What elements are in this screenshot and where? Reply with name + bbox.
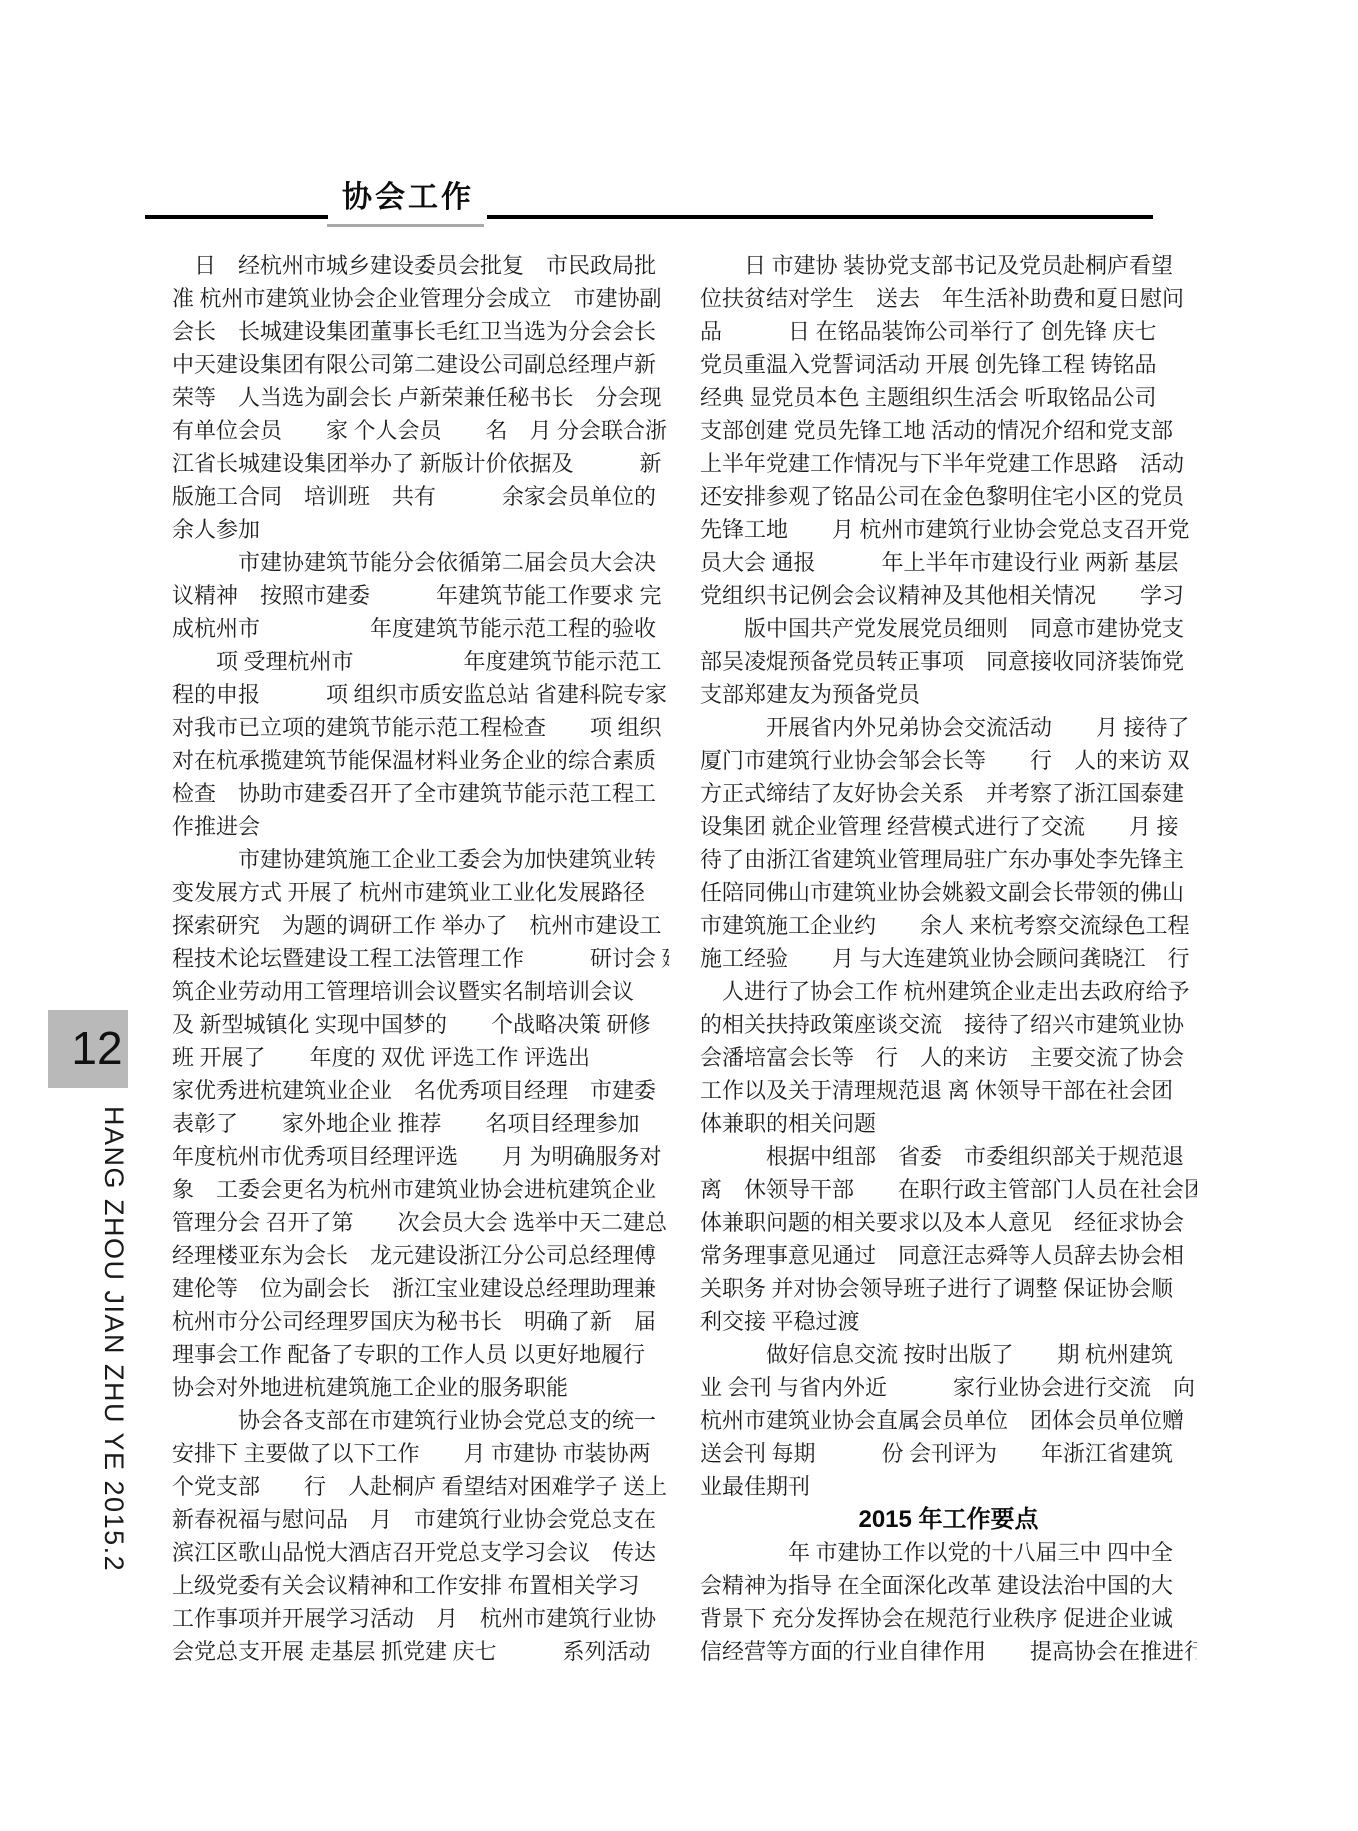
text-line: 程技术论坛暨建设工程工法管理工作 研讨会 建 [172, 942, 669, 975]
text-line: 安排下 主要做了以下工作 月 市建协 市装协两 [172, 1437, 669, 1470]
text-line: 家优秀进杭建筑业企业 名优秀项目经理 市建委 [172, 1074, 669, 1107]
text-line: 背景下 充分发挥协会在规范行业秩序 促进企业诚 [700, 1602, 1197, 1635]
text-line: 党员重温入党誓词活动 开展 创先锋工程 铸铭品 [700, 348, 1197, 381]
text-line: 荣等 人当选为副会长 卢新荣兼任秘书长 分会现 [172, 381, 669, 414]
text-line: 上半年党建工作情况与下半年党建工作思路 活动 [700, 447, 1197, 480]
text-line: 滨江区歌山品悦大酒店召开党总支学习会议 传达 [172, 1536, 669, 1569]
page-number: 12 [53, 1010, 122, 1074]
text-line: 方正式缔结了友好协会关系 并考察了浙江国泰建 [700, 777, 1197, 810]
section-heading-2015-work-points: 2015 年工作要点 [700, 1503, 1197, 1536]
text-line: 常务理事意见通过 同意汪志舜等人员辞去协会相 [700, 1239, 1197, 1272]
text-line: 年 市建协工作以党的十八届三中 四中全 [700, 1536, 1197, 1569]
text-line: 会精神为指导 在全面深化改革 建设法治中国的大 [700, 1569, 1197, 1602]
text-line: 议精神 按照市建委 年建筑节能工作要求 完 [172, 579, 669, 612]
text-line: 离 休领导干部 在职行政主管部门人员在社会团 [700, 1173, 1197, 1206]
text-line: 会党总支开展 走基层 抓党建 庆七 系列活动 [172, 1635, 669, 1668]
text-line: 个党支部 行 人赴桐庐 看望结对困难学子 送上 [172, 1470, 669, 1503]
text-line: 成杭州市 年度建筑节能示范工程的验收 [172, 612, 669, 645]
text-line: 程的申报 项 组织市质安监总站 省建科院专家 [172, 678, 669, 711]
text-line: 表彰了 家外地企业 推荐 名项目经理参加 [172, 1107, 669, 1140]
text-line: 日 经杭州市城乡建设委员会批复 市民政局批 [172, 249, 669, 282]
text-line: 经典 显党员本色 主题组织生活会 听取铭品公司 [700, 381, 1197, 414]
text-line: 上级党委有关会议精神和工作安排 布置相关学习 [172, 1569, 669, 1602]
text-line: 准 杭州市建筑业协会企业管理分会成立 市建协副 [172, 282, 669, 315]
header-rule-right [487, 215, 1153, 219]
text-line: 中天建设集团有限公司第二建设公司副总经理卢新 [172, 348, 669, 381]
text-line: 会长 长城建设集团董事长毛红卫当选为分会会长 [172, 315, 669, 348]
text-line: 工作以及关于清理规范退 离 休领导干部在社会团 [700, 1074, 1197, 1107]
text-line: 市建协建筑施工企业工委会为加快建筑业转 [172, 843, 669, 876]
text-line: 探索研究 为题的调研工作 举办了 杭州市建设工 [172, 909, 669, 942]
text-line: 筑企业劳动用工管理培训会议暨实名制培训会议 [172, 975, 669, 1008]
text-line: 根据中组部 省委 市委组织部关于规范退 [700, 1140, 1197, 1173]
text-line: 先锋工地 月 杭州市建筑行业协会党总支召开党 [700, 513, 1197, 546]
journal-page: 协会工作 日 经杭州市城乡建设委员会批复 市民政局批准 杭州市建筑业协会企业管理… [0, 0, 1358, 1831]
text-line: 关职务 并对协会领导班子进行了调整 保证协会顺 [700, 1272, 1197, 1305]
text-line: 杭州市建筑业协会直属会员单位 团体会员单位赠 [700, 1404, 1197, 1437]
text-line: 项 受理杭州市 年度建筑节能示范工 [172, 645, 669, 678]
text-line: 体兼职问题的相关要求以及本人意见 经征求协会 [700, 1206, 1197, 1239]
text-line: 检查 协助市建委召开了全市建筑节能示范工程工 [172, 777, 669, 810]
text-line: 对我市已立项的建筑节能示范工程检查 项 组织 [172, 711, 669, 744]
text-line: 余人参加 [172, 513, 669, 546]
text-line: 江省长城建设集团举办了 新版计价依据及 新 [172, 447, 669, 480]
text-line: 人进行了协会工作 杭州建筑企业走出去政府给予 [700, 975, 1197, 1008]
text-line: 员大会 通报 年上半年市建设行业 两新 基层 [700, 546, 1197, 579]
text-line: 厦门市建筑行业协会邹会长等 行 人的来访 双 [700, 744, 1197, 777]
text-line: 变发展方式 开展了 杭州市建筑业工业化发展路径 [172, 876, 669, 909]
text-line: 任陪同佛山市建筑业协会姚毅文副会长带领的佛山 [700, 876, 1197, 909]
text-line: 版施工合同 培训班 共有 余家会员单位的 [172, 480, 669, 513]
text-line: 党组织书记例会会议精神及其他相关情况 学习 [700, 579, 1197, 612]
text-line: 的相关扶持政策座谈交流 接待了绍兴市建筑业协 [700, 1008, 1197, 1041]
text-line: 对在杭承揽建筑节能保温材料业务企业的综合素质 [172, 744, 669, 777]
text-line: 还安排参观了铭品公司在金色黎明住宅小区的党员 [700, 480, 1197, 513]
right-column: 日 市建协 装协党支部书记及党员赴桐庐看望位扶贫结对学生 送去 年生活补助费和夏… [700, 249, 1197, 1668]
text-line: 协会各支部在市建筑行业协会党总支的统一 [172, 1404, 669, 1437]
text-line: 支部郑建友为预备党员 [700, 678, 1197, 711]
text-line: 设集团 就企业管理 经营模式进行了交流 月 接 [700, 810, 1197, 843]
text-line: 部吴凌焜预备党员转正事项 同意接收同济装饰党 [700, 645, 1197, 678]
text-line: 及 新型城镇化 实现中国梦的 个战略决策 研修 [172, 1008, 669, 1041]
text-line: 管理分会 召开了第 次会员大会 选举中天二建总 [172, 1206, 669, 1239]
text-line: 新春祝福与慰问品 月 市建筑行业协会党总支在 [172, 1503, 669, 1536]
text-line: 利交接 平稳过渡 [700, 1305, 1197, 1338]
journal-spine-text: HANG ZHOU JIAN ZHU YE 2015.2 [98, 1106, 129, 1572]
page-section-title: 协会工作 [330, 178, 486, 218]
text-line: 建伦等 位为副会长 浙江宝业建设总经理助理兼 [172, 1272, 669, 1305]
text-line: 日 市建协 装协党支部书记及党员赴桐庐看望 [700, 249, 1197, 282]
text-line: 支部创建 党员先锋工地 活动的情况介绍和党支部 [700, 414, 1197, 447]
text-line: 协会对外地进杭建筑施工企业的服务职能 [172, 1371, 669, 1404]
title-underline [327, 224, 484, 227]
page-number-box: 12 [48, 1010, 128, 1088]
text-line: 市建筑施工企业约 余人 来杭考察交流绿色工程 [700, 909, 1197, 942]
text-line: 做好信息交流 按时出版了 期 杭州建筑 [700, 1338, 1197, 1371]
right-column-lines-top: 日 市建协 装协党支部书记及党员赴桐庐看望位扶贫结对学生 送去 年生活补助费和夏… [700, 249, 1197, 1503]
text-line: 送会刊 每期 份 会刊评为 年浙江省建筑 [700, 1437, 1197, 1470]
text-line: 开展省内外兄弟协会交流活动 月 接待了 [700, 711, 1197, 744]
header-rule-left [145, 215, 328, 219]
text-line: 杭州市分公司经理罗国庆为秘书长 明确了新 届 [172, 1305, 669, 1338]
text-line: 作推进会 [172, 810, 669, 843]
text-line: 体兼职的相关问题 [700, 1107, 1197, 1140]
text-line: 班 开展了 年度的 双优 评选工作 评选出 [172, 1041, 669, 1074]
text-line: 年度杭州市优秀项目经理评选 月 为明确服务对 [172, 1140, 669, 1173]
text-line: 信经营等方面的行业自律作用 提高协会在推进行 [700, 1635, 1197, 1668]
left-column: 日 经杭州市城乡建设委员会批复 市民政局批准 杭州市建筑业协会企业管理分会成立 … [172, 249, 669, 1668]
text-line: 待了由浙江省建筑业管理局驻广东办事处李先锋主 [700, 843, 1197, 876]
left-column-lines: 日 经杭州市城乡建设委员会批复 市民政局批准 杭州市建筑业协会企业管理分会成立 … [172, 249, 669, 1668]
text-line: 市建协建筑节能分会依循第二届会员大会决 [172, 546, 669, 579]
text-line: 工作事项并开展学习活动 月 杭州市建筑行业协 [172, 1602, 669, 1635]
text-line: 业最佳期刊 [700, 1470, 1197, 1503]
text-line: 经理楼亚东为会长 龙元建设浙江分公司总经理傅 [172, 1239, 669, 1272]
text-line: 品 日 在铭品装饰公司举行了 创先锋 庆七 [700, 315, 1197, 348]
text-line: 位扶贫结对学生 送去 年生活补助费和夏日慰问 [700, 282, 1197, 315]
text-line: 象 工委会更名为杭州市建筑业协会进杭建筑企业 [172, 1173, 669, 1206]
text-line: 有单位会员 家 个人会员 名 月 分会联合浙 [172, 414, 669, 447]
text-line: 版中国共产党发展党员细则 同意市建协党支 [700, 612, 1197, 645]
right-column-lines-bottom: 年 市建协工作以党的十八届三中 四中全会精神为指导 在全面深化改革 建设法治中国… [700, 1536, 1197, 1668]
text-line: 会潘培富会长等 行 人的来访 主要交流了协会 [700, 1041, 1197, 1074]
text-line: 施工经验 月 与大连建筑业协会顾问龚晓江 行 [700, 942, 1197, 975]
text-line: 业 会刊 与省内外近 家行业协会进行交流 向 [700, 1371, 1197, 1404]
text-line: 理事会工作 配备了专职的工作人员 以更好地履行 [172, 1338, 669, 1371]
